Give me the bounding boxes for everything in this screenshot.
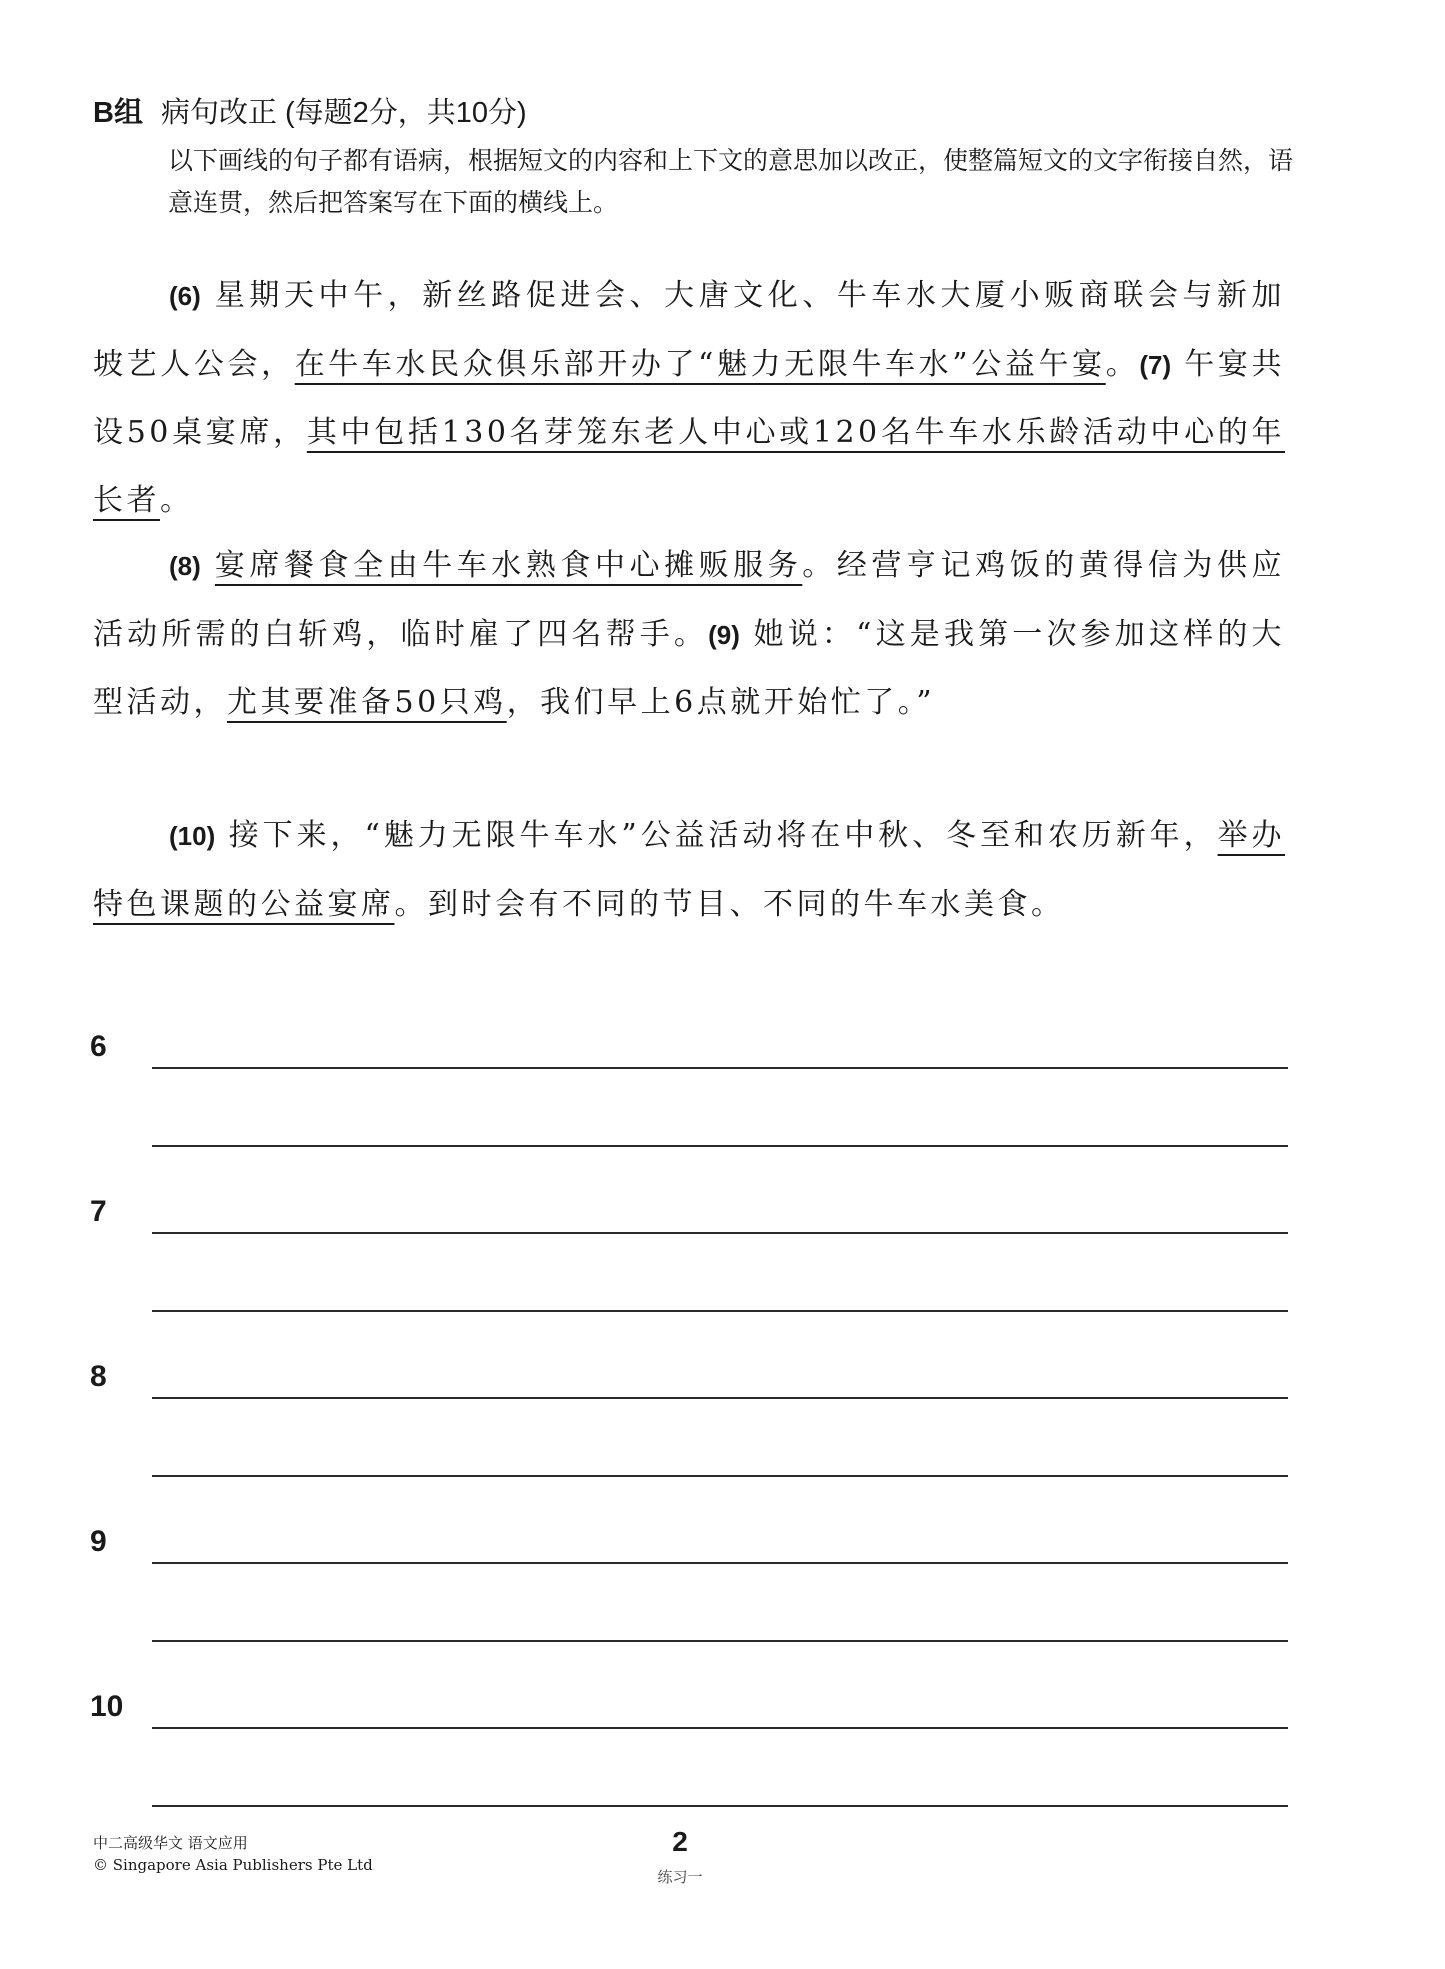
passage-text: 。 [160,483,194,518]
exercise-label: 练习一 [640,1866,720,1887]
passage-text: 。到时会有不同的节目、不同的牛车水美食。 [395,887,1065,922]
page-number: 2 [660,1826,700,1858]
answer-block-7: 7 [90,1185,1290,1345]
answer-line[interactable] [152,1067,1288,1069]
answer-block-8: 8 [90,1350,1290,1510]
question-number-9: (9) [708,620,740,650]
question-number-7: (7) [1139,350,1171,380]
answer-number: 8 [90,1360,107,1394]
answer-line[interactable] [152,1397,1288,1399]
underlined-sentence-6: 在牛车水民众俱乐部开办了“魅力无限牛车水”公益午宴 [295,347,1106,382]
answer-block-10: 10 [90,1680,1290,1840]
underlined-sentence-8: 宴席餐食全由牛车水熟食中心摊贩服务 [215,548,802,583]
instructions: 以下画线的句子都有语病，根据短文的内容和上下文的意思加以改正，使整篇短文的文字衔… [168,140,1298,224]
group-label: B组 [93,97,143,129]
answer-block-6: 6 [90,1020,1290,1180]
answer-line[interactable] [152,1640,1288,1642]
section-title: 病句改正 (每题2分，共10分) [161,97,527,129]
question-number-10: (10) [169,821,215,851]
answer-line[interactable] [152,1310,1288,1312]
answer-number: 6 [90,1030,107,1064]
passage-text: 。 [1106,347,1140,382]
answer-line[interactable] [152,1562,1288,1564]
answer-number: 7 [90,1195,107,1229]
answer-line[interactable] [152,1805,1288,1807]
answer-line[interactable] [152,1727,1288,1729]
answer-number: 9 [90,1525,107,1559]
section-header: B组病句改正 (每题2分，共10分) [93,90,527,131]
answer-number: 10 [90,1690,123,1724]
answer-line[interactable] [152,1475,1288,1477]
passage-text: 接下来，“魅力无限牛车水”公益活动将在中秋、冬至和农历新年， [215,818,1217,853]
answer-line[interactable] [152,1232,1288,1234]
passage-paragraph-3: (10) 接下来，“魅力无限牛车水”公益活动将在中秋、冬至和农历新年，举办特色课… [93,802,1285,938]
answer-block-9: 9 [90,1515,1290,1675]
passage-paragraph-2: (8) 宴席餐食全由牛车水熟食中心摊贩服务。经营亨记鸡饭的黄得信为供应活动所需的… [93,532,1285,737]
book-title: 中二高级华文 语文应用 [93,1832,373,1854]
passage-text: ，我们早上6点就开始忙了。” [507,685,935,720]
footer-left: 中二高级华文 语文应用 © Singapore Asia Publishers … [93,1832,373,1876]
answer-line[interactable] [152,1145,1288,1147]
underlined-sentence-9: 尤其要准备50只鸡 [227,685,507,720]
question-number-6: (6) [169,281,201,311]
copyright: © Singapore Asia Publishers Pte Ltd [93,1854,373,1876]
passage-paragraph-1: (6) 星期天中午，新丝路促进会、大唐文化、牛车水大厦小贩商联会与新加坡艺人公会… [93,262,1285,534]
question-number-8: (8) [169,551,201,581]
